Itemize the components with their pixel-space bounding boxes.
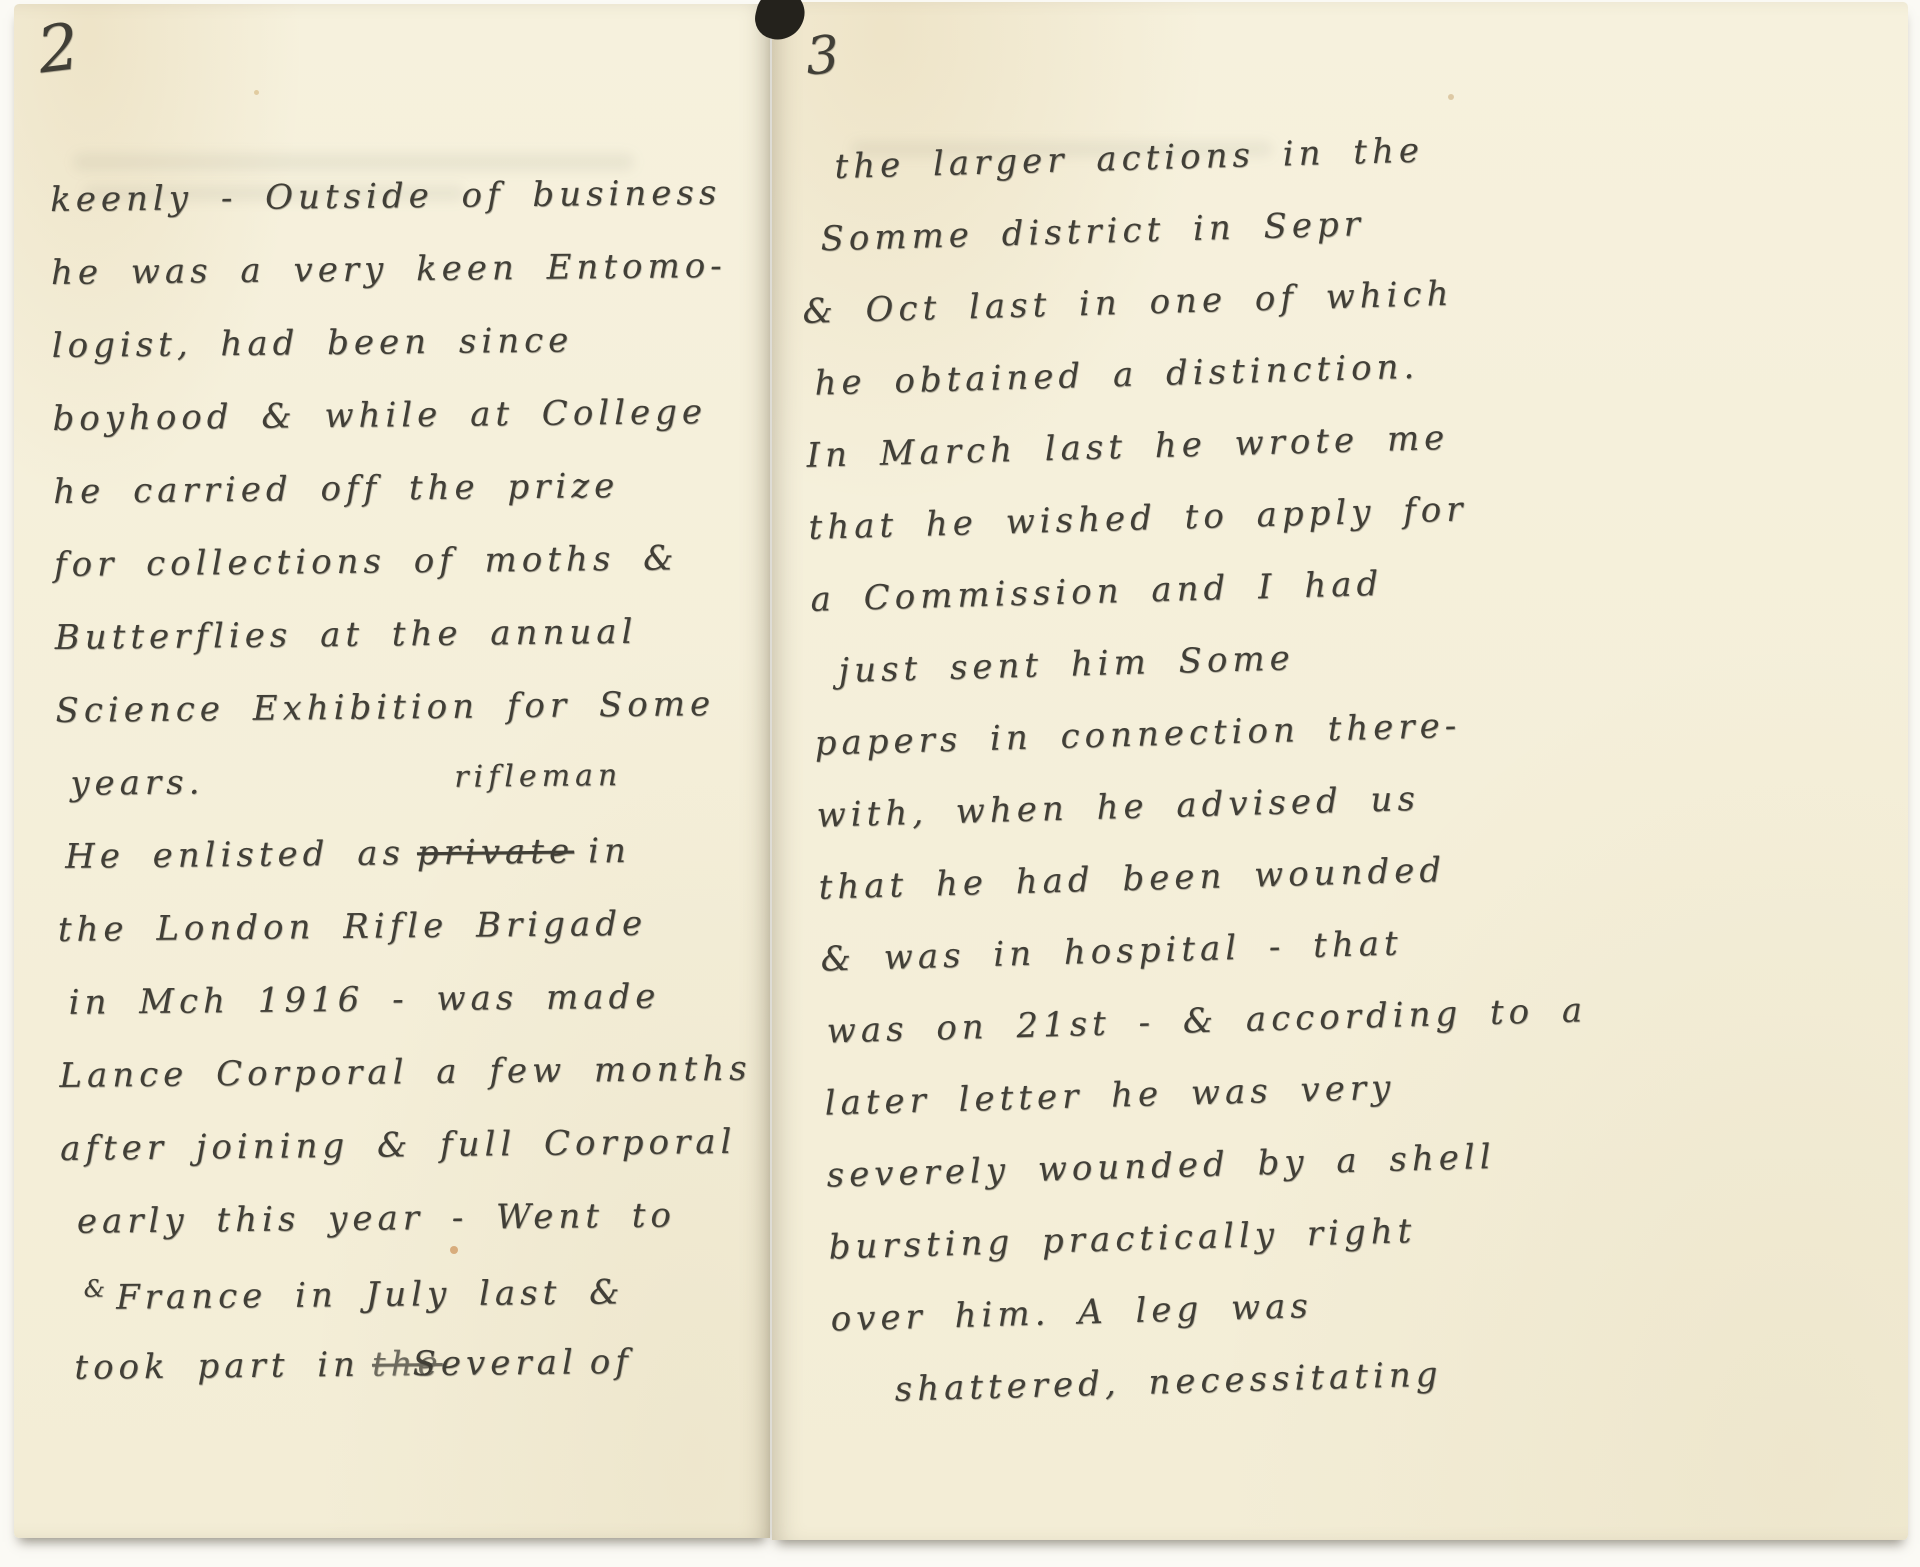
handwritten-line: for collections of moths & — [54, 537, 771, 617]
handwritten-line: Butterflies at the annual — [55, 610, 772, 690]
handwritten-line-france: &France in July last & — [61, 1267, 778, 1347]
handwritten-line: he carried off the prize — [53, 464, 770, 544]
overwritten-word-the: the — [372, 1344, 443, 1385]
handwritten-line: after joining & full Corporal — [60, 1121, 777, 1201]
took-part-suffix: of — [590, 1342, 633, 1382]
handwritten-line-enlisted: He enlisted asprivatein — [57, 829, 774, 909]
page-number: 3 — [804, 25, 846, 88]
handwritten-line: Lance Corporal a few months — [59, 1048, 776, 1128]
inserted-ampersand: & — [83, 1274, 110, 1302]
handwritten-line: logist, had been since — [52, 318, 769, 398]
left-page-text: keenly - Outside of business he was a ve… — [50, 173, 779, 1421]
paper-stain — [254, 90, 259, 95]
handwritten-line: he was a very keen Entomo- — [51, 245, 768, 325]
handwritten-line: years. rifleman — [56, 756, 773, 836]
handwritten-line: early this year - Went to — [61, 1194, 778, 1274]
enlisted-suffix: in — [588, 831, 631, 871]
paper-stain — [1448, 94, 1454, 100]
took-part-prefix: took part in — [74, 1345, 360, 1388]
letter-scan: 2 keenly - Outside of business he was a … — [0, 0, 1920, 1567]
letter-page-2: 2 keenly - Outside of business he was a … — [14, 4, 770, 1538]
enlisted-prefix: He enlisted as — [65, 833, 405, 877]
handwritten-line: boyhood & while at College — [52, 391, 769, 471]
ink-bleed-through — [74, 154, 634, 170]
handwritten-line: keenly - Outside of business — [50, 173, 767, 253]
struck-word-private: private — [417, 832, 575, 874]
right-page-text: the larger actions in the Somme district… — [798, 125, 1654, 1443]
page-number: 2 — [34, 9, 88, 88]
france-line-text: France in July last & — [116, 1272, 625, 1317]
handwritten-line: in Mch 1916 - was made — [58, 975, 775, 1055]
word-years: years. — [70, 762, 205, 836]
inserted-word-rifleman: rifleman — [454, 758, 623, 833]
handwritten-line: the London Rifle Brigade — [58, 902, 775, 982]
handwritten-line: Science Exhibition for Some — [55, 683, 772, 763]
handwritten-line-took-part: took part intheSeveralof — [62, 1340, 779, 1420]
letter-page-3: 3 the larger actions in the Somme distri… — [772, 2, 1908, 1540]
